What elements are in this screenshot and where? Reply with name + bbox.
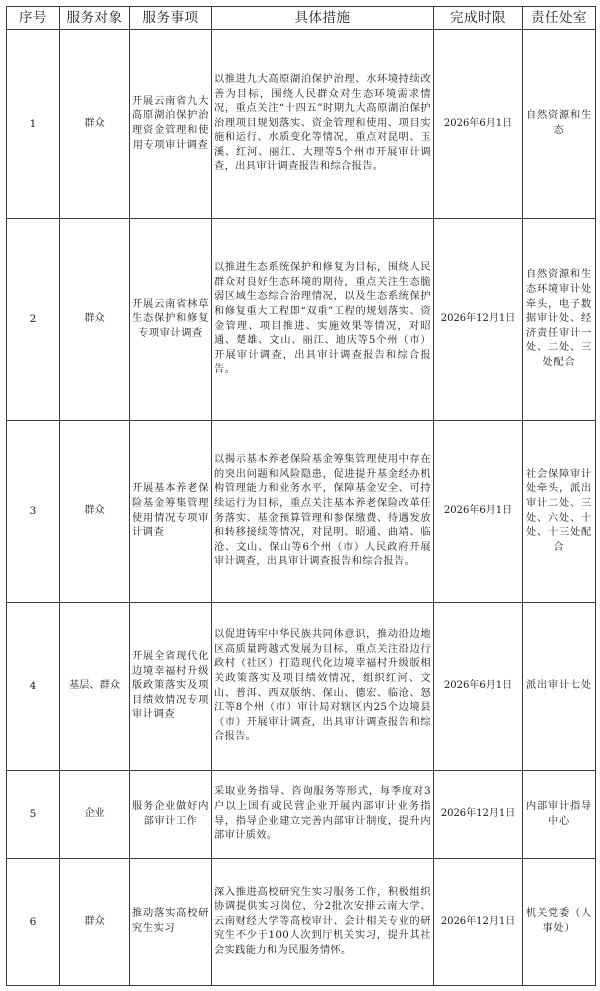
- cell-measure: 以揭示基本养老保险基金筹集管理使用中存在的突出问题和风险隐患，促进提升基金经办机…: [212, 421, 434, 603]
- cell-measure: 采取业务指导、咨询服务等形式，每季度对3户以上国有或民营企业开展内部审计业务指导…: [212, 771, 434, 859]
- table-row: 1 群众 开展云南省九大高原湖泊保护治理资金管理和使用专项审计调查 以推进九大高…: [7, 30, 596, 219]
- cell-deadline: 2026年6月1日: [434, 30, 523, 219]
- header-target: 服务对象: [60, 7, 130, 30]
- cell-target: 企业: [60, 771, 130, 859]
- cell-dept: 内部审计指导中心: [523, 771, 596, 859]
- cell-item: 开展基本养老保险基金筹集管理使用情况专项审计调查: [130, 421, 212, 603]
- cell-dept: 社会保障审计处牵头，派出审计二处、三处、六处、十处、十三处配合: [523, 421, 596, 603]
- cell-dept: 自然资源和生态环境审计处牵头，电子数据审计处、经济责任审计一处、二处、三处配合: [523, 219, 596, 421]
- cell-item: 开展云南省九大高原湖泊保护治理资金管理和使用专项审计调查: [130, 30, 212, 219]
- cell-measure: 以促进铸牢中华民族共同体意识，推动沿边地区高质量跨越式发展为目标，重点关注沿边行…: [212, 603, 434, 771]
- cell-item: 服务企业做好内部审计工作: [130, 771, 212, 859]
- header-serial: 序号: [7, 7, 60, 30]
- cell-deadline: 2026年6月1日: [434, 421, 523, 603]
- service-plan-table: 序号 服务对象 服务事项 具体措施 完成时限 责任处室 1 群众 开展云南省九大…: [6, 6, 596, 986]
- cell-measure: 深入推进高校研究生实习服务工作，积极组织协调提供实习岗位，分2批次安排云南大学、…: [212, 859, 434, 986]
- cell-serial: 1: [7, 30, 60, 219]
- cell-target: 群众: [60, 30, 130, 219]
- cell-serial: 4: [7, 603, 60, 771]
- cell-target: 基层、群众: [60, 603, 130, 771]
- cell-target: 群众: [60, 859, 130, 986]
- cell-measure: 以推进九大高原湖泊保护治理、水环境持续改善为目标，围绕人民群众对生态环境需求情况…: [212, 30, 434, 219]
- cell-target: 群众: [60, 219, 130, 421]
- cell-serial: 2: [7, 219, 60, 421]
- table-row: 6 群众 推动落实高校研究生实习 深入推进高校研究生实习服务工作，积极组织协调提…: [7, 859, 596, 986]
- cell-dept: 机关党委（人事处）: [523, 859, 596, 986]
- header-dept: 责任处室: [523, 7, 596, 30]
- header-measure: 具体措施: [212, 7, 434, 30]
- cell-target: 群众: [60, 421, 130, 603]
- header-row: 序号 服务对象 服务事项 具体措施 完成时限 责任处室: [7, 7, 596, 30]
- cell-dept: 派出审计七处: [523, 603, 596, 771]
- table-row: 3 群众 开展基本养老保险基金筹集管理使用情况专项审计调查 以揭示基本养老保险基…: [7, 421, 596, 603]
- cell-serial: 3: [7, 421, 60, 603]
- cell-item: 开展全省现代化边境幸福村升级版政策落实及项目绩效情况专项审计调查: [130, 603, 212, 771]
- cell-measure: 以推进生态系统保护和修复为目标，围绕人民群众对良好生态环境的期待，重点关注生态脆…: [212, 219, 434, 421]
- cell-dept: 自然资源和生态: [523, 30, 596, 219]
- cell-deadline: 2026年12月1日: [434, 859, 523, 986]
- table-row: 4 基层、群众 开展全省现代化边境幸福村升级版政策落实及项目绩效情况专项审计调查…: [7, 603, 596, 771]
- header-item: 服务事项: [130, 7, 212, 30]
- cell-deadline: 2026年12月1日: [434, 219, 523, 421]
- cell-deadline: 2026年6月1日: [434, 603, 523, 771]
- cell-item: 开展云南省林草生态保护和修复专项审计调查: [130, 219, 212, 421]
- cell-serial: 5: [7, 771, 60, 859]
- table-row: 2 群众 开展云南省林草生态保护和修复专项审计调查 以推进生态系统保护和修复为目…: [7, 219, 596, 421]
- table-row: 5 企业 服务企业做好内部审计工作 采取业务指导、咨询服务等形式，每季度对3户以…: [7, 771, 596, 859]
- cell-deadline: 2026年12月1日: [434, 771, 523, 859]
- cell-item: 推动落实高校研究生实习: [130, 859, 212, 986]
- cell-serial: 6: [7, 859, 60, 986]
- header-deadline: 完成时限: [434, 7, 523, 30]
